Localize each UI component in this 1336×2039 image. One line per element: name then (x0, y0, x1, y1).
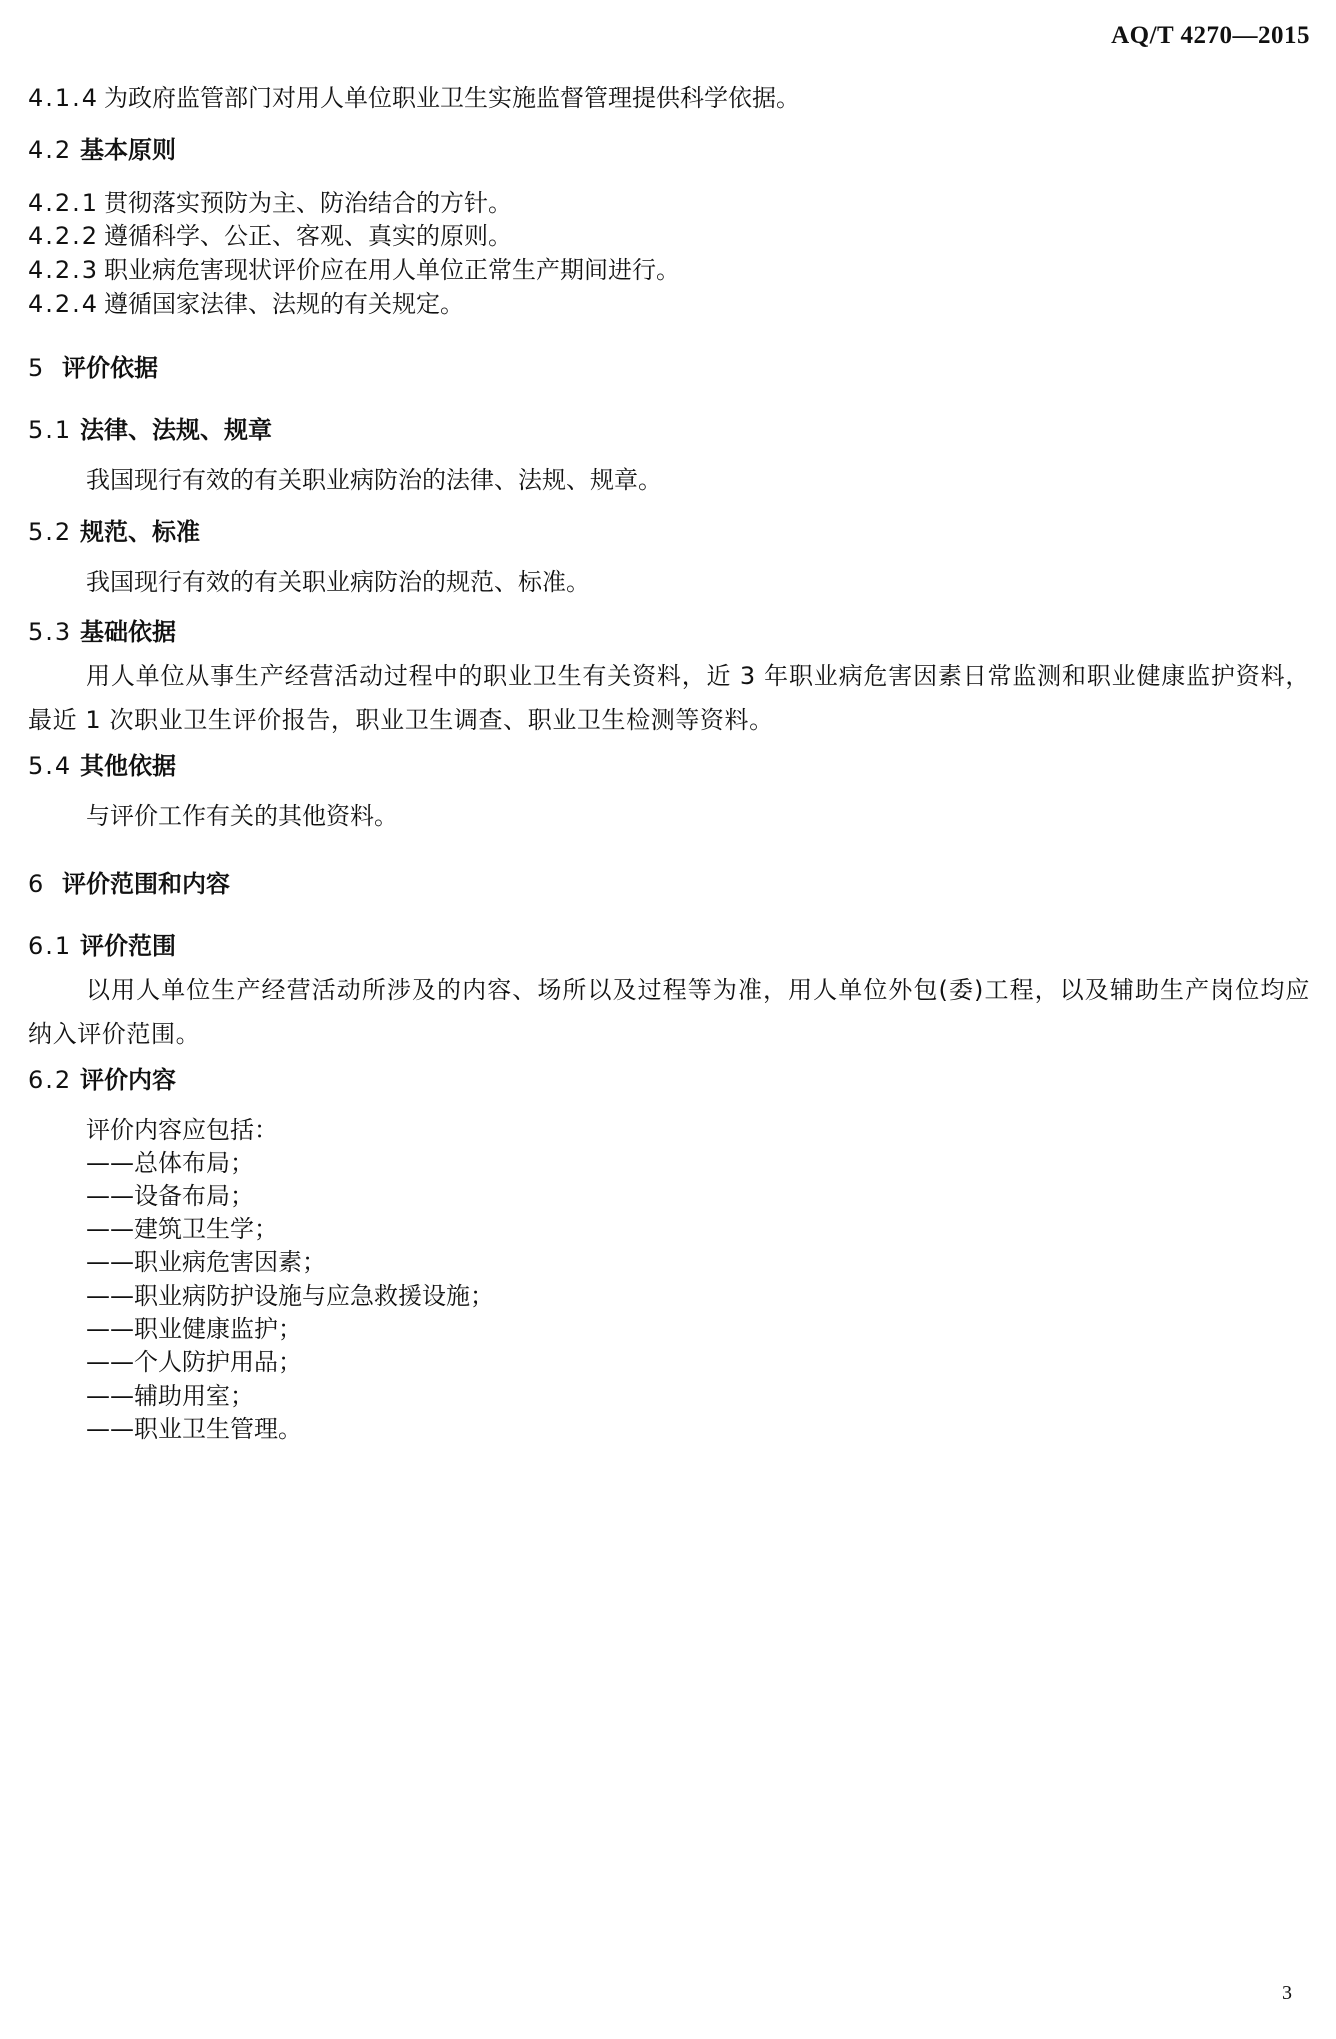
section-heading-6-2: 6.2评价内容 (28, 1060, 176, 1095)
clause-4-1-4: 4.1.4为政府监管部门对用人单位职业卫生实施监督管理提供科学依据。 (28, 78, 800, 113)
section-body-5-1: 我国现行有效的有关职业病防治的法律、法规、规章。 (86, 460, 662, 495)
section-body-6-1: 以用人单位生产经营活动所涉及的内容、场所以及过程等为准，用人单位外包(委)工程，… (28, 968, 1310, 1056)
section-title: 基础依据 (80, 618, 176, 646)
section-heading-5-1: 5.1法律、法规、规章 (28, 410, 272, 445)
section-title: 法律、法规、规章 (80, 416, 272, 444)
section-body-5-3: 用人单位从事生产经营活动过程中的职业卫生有关资料，近 3 年职业病危害因素日常监… (28, 654, 1310, 742)
section-heading-5-4: 5.4其他依据 (28, 746, 176, 781)
section-title: 评价内容 (80, 1066, 176, 1094)
section-body-5-4: 与评价工作有关的其他资料。 (86, 796, 398, 831)
content-list-item: ——职业健康监护； (86, 1309, 302, 1344)
chapter-title: 评价范围和内容 (62, 870, 230, 898)
section-title: 规范、标准 (80, 518, 200, 546)
chapter-heading-6: 6评价范围和内容 (28, 864, 230, 899)
content-list-item: ——辅助用室； (86, 1376, 254, 1411)
content-list-item: ——个人防护用品； (86, 1342, 302, 1377)
section-body-5-2: 我国现行有效的有关职业病防治的规范、标准。 (86, 562, 590, 597)
section-heading-5-3: 5.3基础依据 (28, 612, 176, 647)
clause-text: 遵循科学、公正、客观、真实的原则。 (104, 222, 512, 250)
clause-number: 4.2.2 (28, 222, 104, 250)
chapter-number: 5 (28, 354, 62, 382)
section-heading-6-1: 6.1评价范围 (28, 926, 176, 961)
clause-number: 4.2.1 (28, 189, 104, 217)
section-number: 4.2 (28, 136, 80, 164)
clause-number: 4.1.4 (28, 84, 104, 112)
clause-4-2-1: 4.2.1贯彻落实预防为主、防治结合的方针。 (28, 183, 512, 218)
section-number: 5.4 (28, 752, 80, 780)
section-heading-5-2: 5.2规范、标准 (28, 512, 200, 547)
section-number: 5.3 (28, 618, 80, 646)
clause-4-2-2: 4.2.2遵循科学、公正、客观、真实的原则。 (28, 216, 512, 251)
section-number: 5.2 (28, 518, 80, 546)
chapter-title: 评价依据 (62, 354, 158, 382)
content-list-item: ——总体布局； (86, 1143, 254, 1178)
clause-text: 为政府监管部门对用人单位职业卫生实施监督管理提供科学依据。 (104, 84, 800, 112)
section-number: 6.2 (28, 1066, 80, 1094)
page-number: 3 (1282, 1982, 1292, 2005)
document-code: AQ/T 4270—2015 (1111, 22, 1310, 50)
chapter-heading-5: 5评价依据 (28, 348, 158, 383)
clause-4-2-4: 4.2.4遵循国家法律、法规的有关规定。 (28, 284, 464, 319)
section-number: 5.1 (28, 416, 80, 444)
clause-text: 贯彻落实预防为主、防治结合的方针。 (104, 189, 512, 217)
content-list-item: ——职业卫生管理。 (86, 1409, 302, 1444)
chapter-number: 6 (28, 870, 62, 898)
clause-text: 遵循国家法律、法规的有关规定。 (104, 290, 464, 318)
clause-number: 4.2.4 (28, 290, 104, 318)
content-list-item: ——建筑卫生学； (86, 1209, 278, 1244)
section-title: 其他依据 (80, 752, 176, 780)
content-list-item: ——设备布局； (86, 1176, 254, 1211)
content-list-item: ——职业病防护设施与应急救援设施； (86, 1276, 494, 1311)
section-title: 基本原则 (80, 136, 176, 164)
section-heading-4-2: 4.2基本原则 (28, 130, 176, 165)
clause-4-2-3: 4.2.3职业病危害现状评价应在用人单位正常生产期间进行。 (28, 250, 680, 285)
clause-text: 职业病危害现状评价应在用人单位正常生产期间进行。 (104, 256, 680, 284)
section-number: 6.1 (28, 932, 80, 960)
content-list-intro: 评价内容应包括： (86, 1110, 278, 1145)
clause-number: 4.2.3 (28, 256, 104, 284)
section-title: 评价范围 (80, 932, 176, 960)
content-list-item: ——职业病危害因素； (86, 1242, 326, 1277)
